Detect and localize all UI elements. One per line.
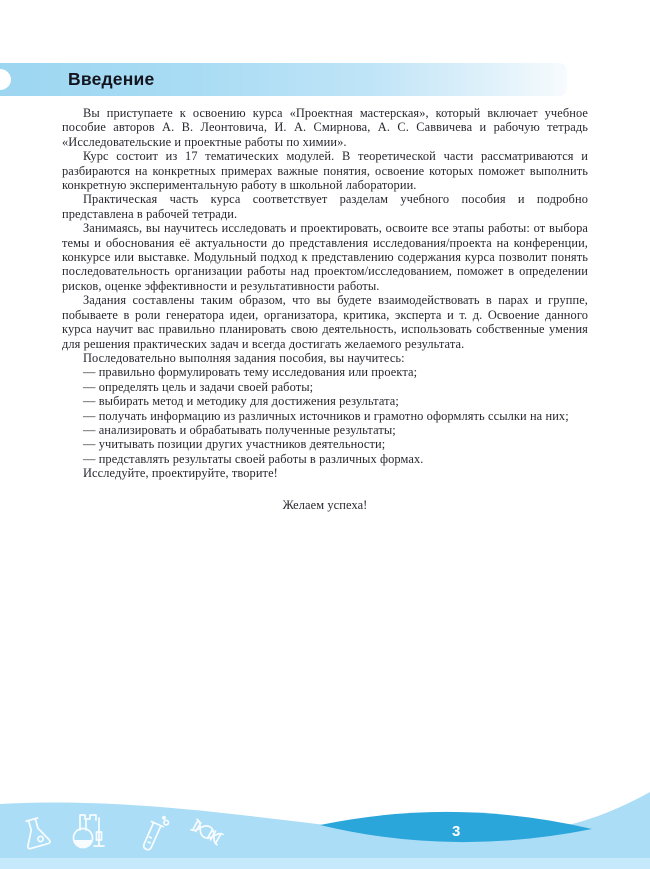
book-page: Введение Вы приступаете к освоению курса…: [0, 0, 650, 869]
page-title: Введение: [0, 63, 567, 96]
body-text: Вы приступаете к освоению курса «Проектн…: [62, 106, 588, 512]
footer: 3: [0, 789, 650, 869]
page-number: 3: [452, 823, 460, 840]
list-item: — определять цель и задачи своей работы;: [62, 380, 588, 394]
paragraph: Последовательно выполняя задания пособия…: [62, 351, 588, 365]
paragraph: Практическая часть курса соответствует р…: [62, 192, 588, 221]
list-item: — представлять результаты своей работы в…: [62, 452, 588, 466]
paragraph: Курс состоит из 17 тематических модулей.…: [62, 149, 588, 192]
paragraph: Вы приступаете к освоению курса «Проектн…: [62, 106, 588, 149]
footer-bottom-strip: [0, 858, 650, 869]
list-item: — выбирать метод и методику для достижен…: [62, 394, 588, 408]
paragraph: Занимаясь, вы научитесь исследовать и пр…: [62, 221, 588, 293]
paragraph: Задания составлены таким образом, что вы…: [62, 293, 588, 351]
list-item: — анализировать и обрабатывать полученны…: [62, 423, 588, 437]
section-header-bar: Введение: [0, 63, 567, 96]
closing-line: Желаем успеха!: [62, 498, 588, 512]
list-item: — правильно формулировать тему исследова…: [62, 365, 588, 379]
list-item: — учитывать позиции других участников де…: [62, 437, 588, 451]
call-to-action-line: Исследуйте, проектируйте, творите!: [62, 466, 588, 480]
footer-graphic: 3: [0, 789, 650, 869]
list-item: — получать информацию из различных источ…: [62, 409, 588, 423]
